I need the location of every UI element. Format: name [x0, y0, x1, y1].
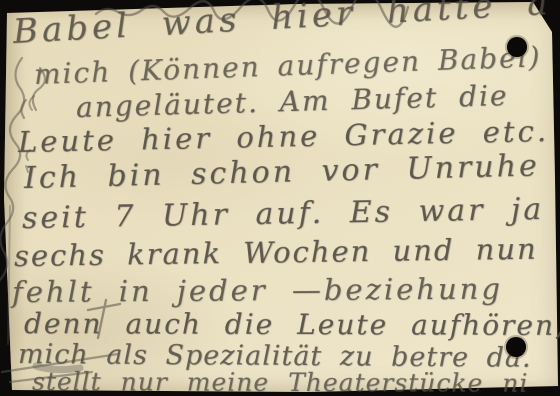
scan-frame: Babel was hier hatte a mich (Können aufr… — [0, 0, 560, 396]
handwriting-line: fehlt in jeder —beziehung — [12, 272, 503, 309]
punch-hole-bottom — [506, 337, 526, 357]
handwriting-line: stellt nur meine Theaterstücke ni — [32, 367, 528, 396]
punch-hole-top — [507, 37, 527, 57]
handwriting-line: denn auch die Leute aufhören, — [24, 307, 560, 342]
